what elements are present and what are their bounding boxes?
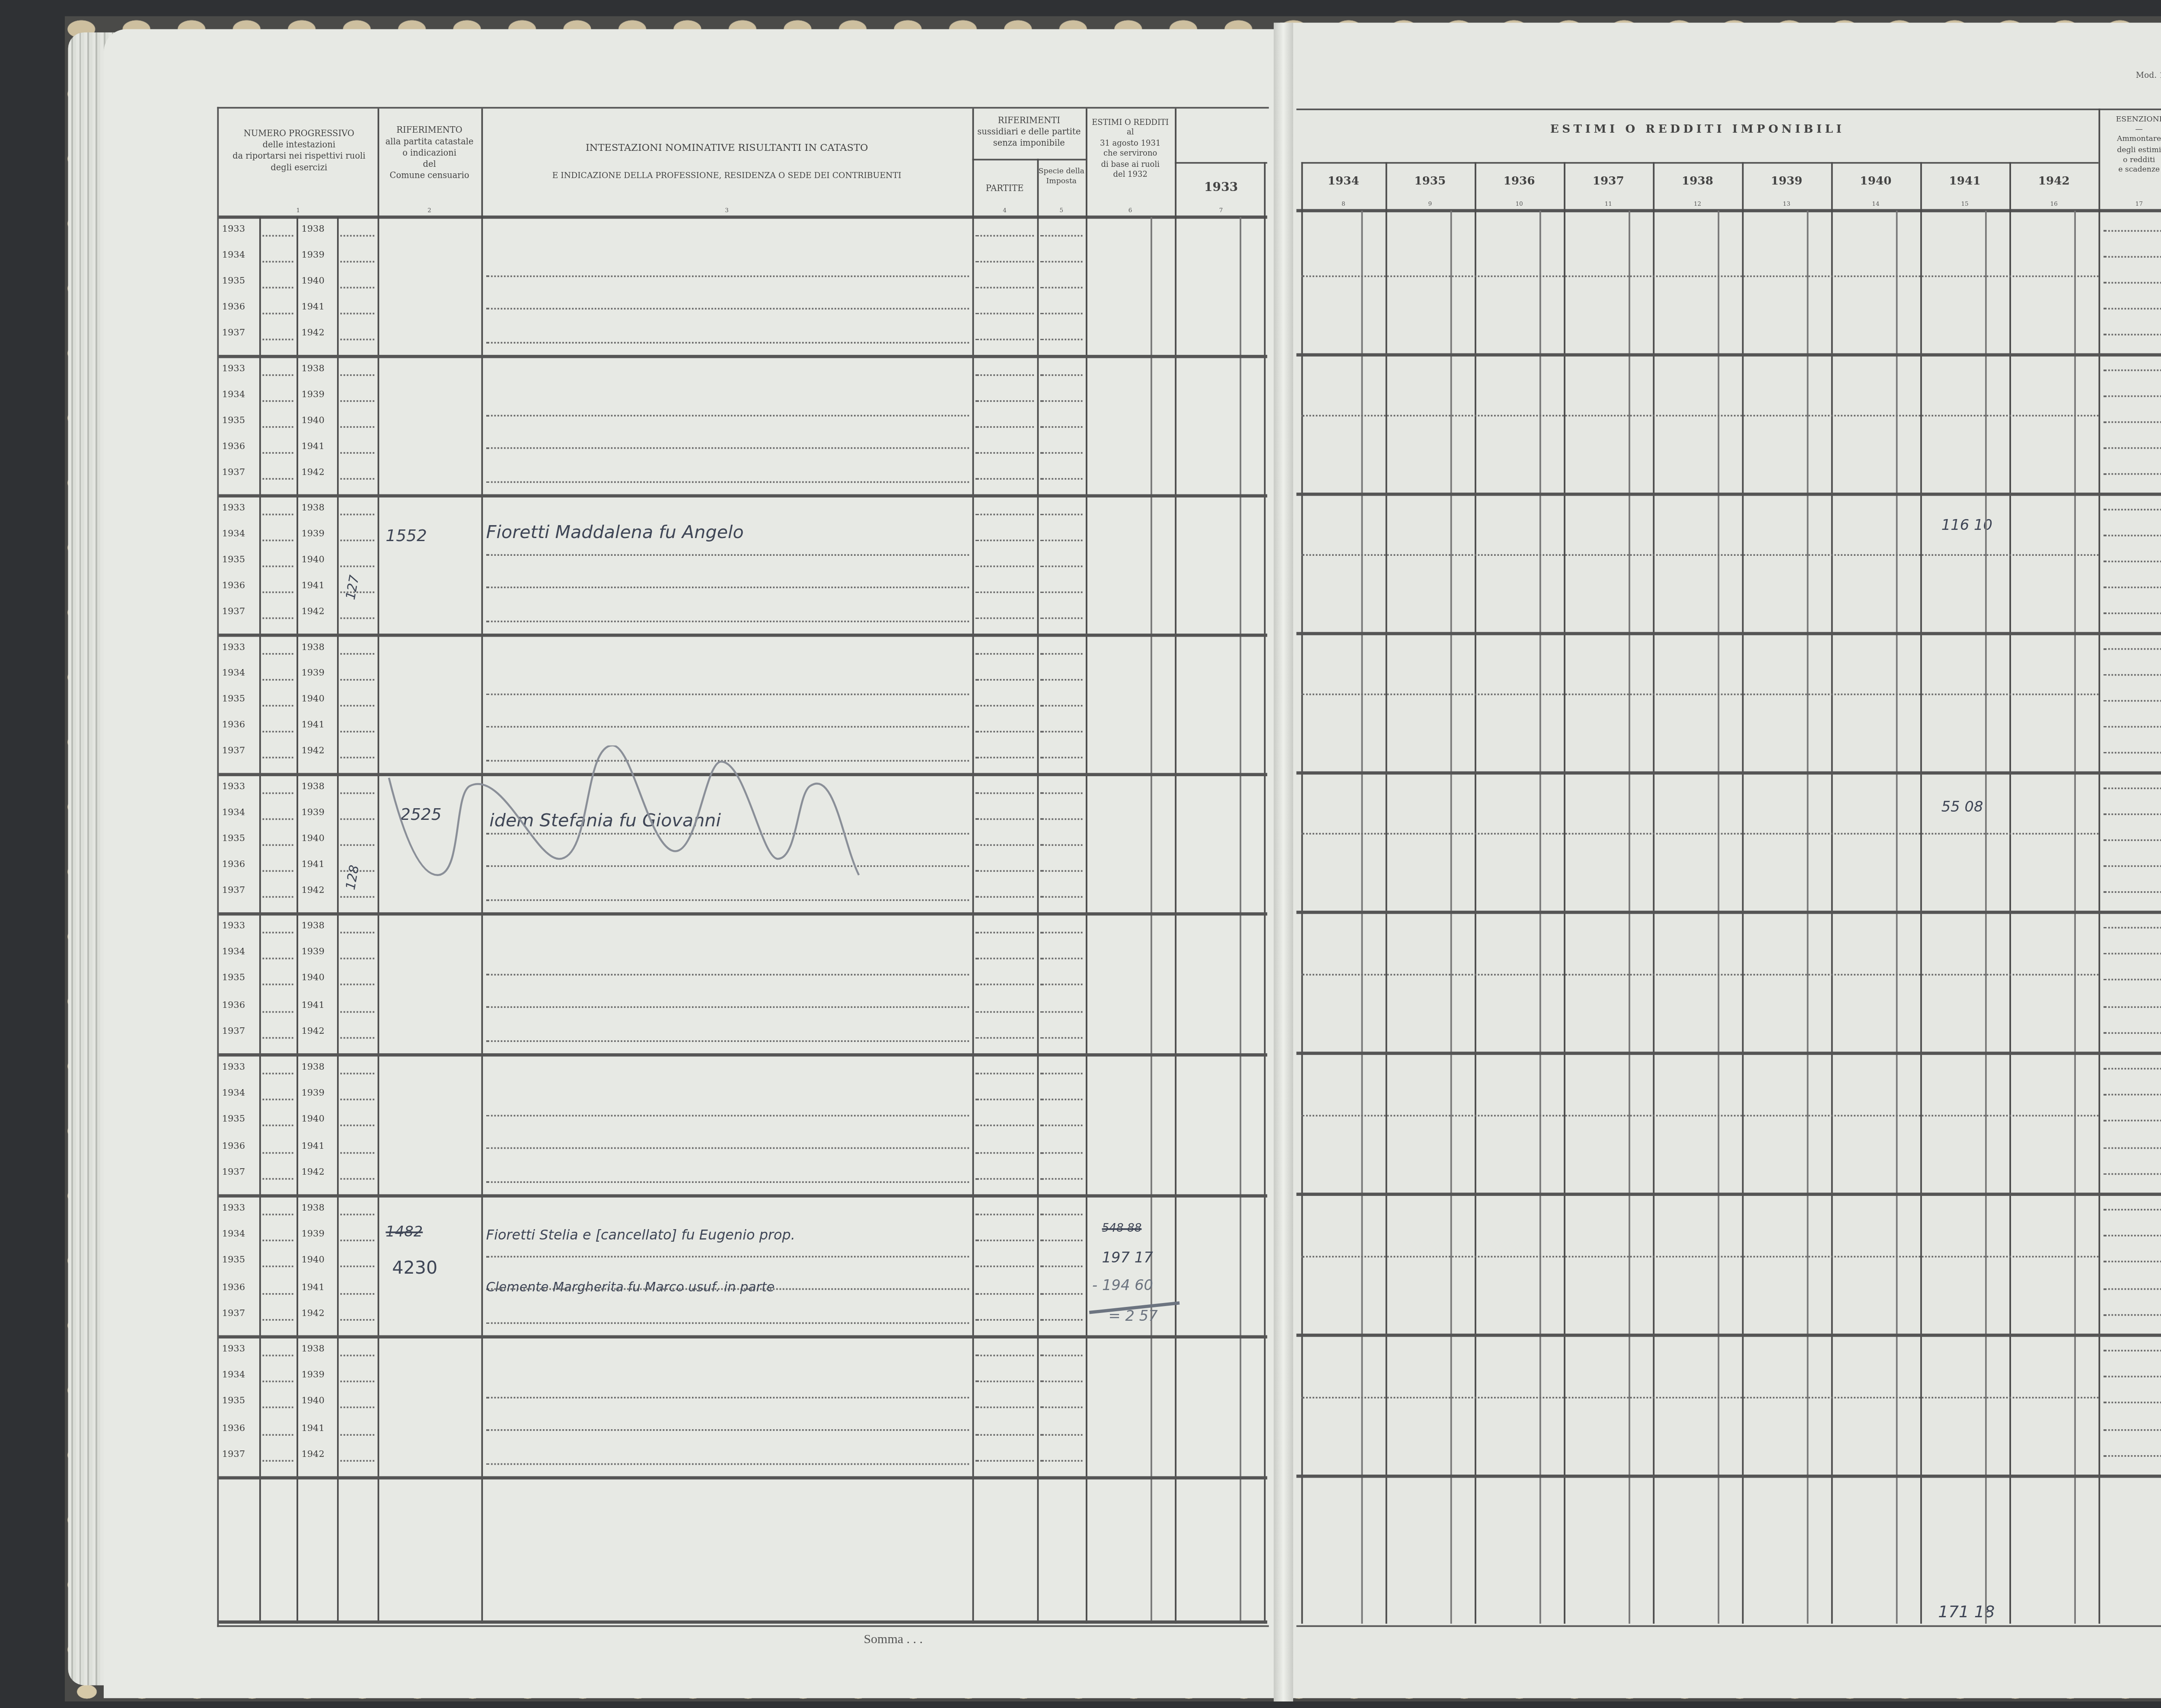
col-number: 9 [1386, 201, 1475, 207]
dotted-line [340, 313, 374, 315]
row-dotted-line [1301, 1255, 2099, 1257]
dotted-line [1040, 757, 1082, 758]
esenzioni-dotted-line [2104, 586, 2161, 588]
header-specie-imposta: Specie della Imposta [1037, 169, 1086, 188]
header-year-1933: 1933 [1175, 182, 1267, 193]
dotted-line [975, 1381, 1034, 1383]
dotted-line [340, 757, 374, 758]
dotted-line [1040, 1407, 1082, 1409]
dotted-line [1040, 540, 1082, 542]
dotted-line [1040, 1319, 1082, 1320]
dotted-line [262, 1407, 293, 1409]
col-number-4: 4 [972, 207, 1037, 214]
group-rule [1297, 771, 2161, 774]
esenzioni-dotted-line [2104, 1376, 2161, 1378]
dotted-line [262, 1240, 293, 1242]
dotted-line [262, 705, 293, 707]
dotted-line [975, 514, 1034, 516]
dotted-line [340, 818, 374, 820]
col-divider-cents [1151, 217, 1152, 1623]
name-dotted-line [486, 341, 969, 343]
cents-divider [1539, 210, 1541, 1623]
dotted-line [340, 1240, 374, 1242]
dotted-line [975, 592, 1034, 593]
dotted-line [262, 1381, 293, 1383]
dotted-line [340, 618, 374, 619]
esenzioni-dotted-line [2104, 334, 2161, 335]
dotted-line [262, 1354, 293, 1356]
year-label: 1942 [301, 329, 324, 338]
group-rule [1297, 911, 2161, 913]
group-rule [219, 1476, 1267, 1479]
year-label: 1939 [301, 1089, 324, 1099]
dotted-line [975, 540, 1034, 542]
header-estimi-1931: ESTIMI O REDDITIal31 agosto 1931che serv… [1086, 120, 1175, 182]
year-label: 1933 [222, 225, 245, 235]
col-number: 11 [1564, 201, 1653, 207]
dotted-line [975, 896, 1034, 898]
esenzioni-dotted-line [2104, 1147, 2161, 1148]
year-label: 1939 [301, 948, 324, 958]
row-dotted-line [1301, 415, 2099, 417]
dotted-line [975, 1151, 1034, 1153]
year-label: 1940 [301, 695, 324, 704]
dotted-line [340, 792, 374, 794]
dotted-line [340, 932, 374, 934]
year-label: 1939 [301, 1371, 324, 1381]
dotted-line [340, 653, 374, 655]
dotted-line [1040, 1073, 1082, 1074]
year-label: 1940 [301, 1256, 324, 1266]
esenzioni-dotted-line [2104, 839, 2161, 841]
dotted-line [975, 1407, 1034, 1409]
row-dotted-line [1301, 1114, 2099, 1116]
dotted-line [975, 653, 1034, 655]
dotted-line [1040, 844, 1082, 846]
dotted-line [1040, 339, 1082, 341]
name-dotted-line [486, 694, 969, 695]
header-intestazioni: INTESTAZIONI NOMINATIVE RISULTANTI IN CA… [481, 143, 972, 154]
esenzioni-dotted-line [2104, 421, 2161, 423]
dotted-line [262, 1099, 293, 1101]
name-dotted-line [486, 899, 969, 900]
name-dotted-line [486, 1463, 969, 1464]
year-label: 1942 [301, 1309, 324, 1319]
dotted-line [975, 235, 1034, 237]
year-label: 1933 [222, 644, 245, 653]
name-dotted-line [486, 1255, 969, 1257]
dotted-line [975, 984, 1034, 986]
esenzioni-dotted-line [2104, 1173, 2161, 1175]
dotted-line [1040, 792, 1082, 794]
dotted-line [975, 1125, 1034, 1127]
dotted-line [975, 1354, 1034, 1356]
dotted-line [1040, 478, 1082, 480]
name-dotted-line [486, 276, 969, 277]
dotted-line [1040, 731, 1082, 733]
dotted-line [1040, 896, 1082, 898]
name-dotted-line [486, 1147, 969, 1148]
dotted-line [340, 958, 374, 960]
col-number-5: 5 [1037, 207, 1086, 214]
year-label: 1933 [222, 1345, 245, 1354]
year-header: 1934 [1301, 175, 1386, 186]
dotted-line [340, 1151, 374, 1153]
dotted-line [975, 1214, 1034, 1215]
name-dotted-line [486, 726, 969, 727]
esenzioni-dotted-line [2104, 230, 2161, 232]
dotted-line [340, 287, 374, 289]
dotted-line [1040, 1354, 1082, 1356]
esenzioni-dotted-line [2104, 1094, 2161, 1096]
dotted-line [975, 932, 1034, 934]
dotted-line [1040, 514, 1082, 516]
dotted-line [340, 400, 374, 402]
dotted-line [340, 1381, 374, 1383]
year-label: 1938 [301, 644, 324, 653]
subcol-divider [337, 217, 339, 1623]
name-dotted-line [486, 1428, 969, 1430]
form-model-label: Mod. 111 - Imposte Dirette (Intercalare)… [2136, 71, 2161, 81]
col-number-3: 3 [481, 207, 972, 214]
year-label: 1939 [301, 1230, 324, 1240]
entry-name-line2: Clemente Margherita fu Marco usuf. in pa… [486, 1280, 775, 1295]
dotted-line [1040, 1266, 1082, 1268]
dotted-line [1040, 1125, 1082, 1127]
dotted-line [975, 287, 1034, 289]
esenzioni-dotted-line [2104, 1120, 2161, 1122]
dotted-line [1040, 400, 1082, 402]
esenzioni-dotted-line [2104, 1261, 2161, 1263]
col-divider [1301, 162, 1303, 1624]
dotted-line [1040, 592, 1082, 593]
subcol-divider [259, 217, 261, 1623]
entry-partita-crossed: 1482 [386, 1225, 423, 1241]
esenzioni-dotted-line [2104, 1209, 2161, 1211]
dotted-line [262, 958, 293, 960]
year-label: 1936 [222, 1142, 245, 1151]
esenzioni-dotted-line [2104, 674, 2161, 676]
dotted-line [1040, 679, 1082, 681]
name-dotted-line [486, 586, 969, 588]
year-label: 1940 [301, 1397, 324, 1407]
dotted-line [262, 514, 293, 516]
esenzioni-dotted-line [2104, 509, 2161, 510]
esenzioni-dotted-line [2104, 370, 2161, 371]
year-label: 1939 [301, 391, 324, 400]
dotted-line [1040, 705, 1082, 707]
dotted-line [975, 844, 1034, 846]
col-number: 16 [2009, 201, 2098, 207]
dotted-line [975, 705, 1034, 707]
col-divider-cents [1240, 217, 1241, 1623]
year-label: 1937 [222, 1450, 245, 1459]
riferimenti-split-rule [972, 159, 1086, 160]
dotted-line [262, 984, 293, 986]
dotted-line [262, 932, 293, 934]
dotted-line [975, 757, 1034, 758]
header-esenzioni: ESENZIONI—Ammontaredegli estimio redditi… [2098, 117, 2161, 177]
dotted-line [1040, 566, 1082, 567]
dotted-line [262, 1037, 293, 1039]
row-dotted-line [1301, 276, 2099, 277]
dotted-line [262, 1125, 293, 1127]
dotted-line [975, 618, 1034, 619]
col-number-17: 17 [2098, 201, 2161, 207]
year-label: 1938 [301, 922, 324, 931]
dotted-line [975, 261, 1034, 263]
esenzioni-dotted-line [2104, 1455, 2161, 1456]
year-label: 1936 [222, 582, 245, 591]
dotted-line [1040, 313, 1082, 315]
dotted-line [340, 261, 374, 263]
year-label: 1934 [222, 391, 245, 400]
esenzioni-dotted-line [2104, 447, 2161, 449]
cents-divider [1985, 210, 1987, 1623]
year-label: 1934 [222, 948, 245, 958]
year-label: 1934 [222, 251, 245, 261]
year-label: 1941 [301, 1001, 324, 1010]
col-divider [2098, 108, 2100, 1624]
group-rule [219, 912, 1267, 915]
dotted-line [262, 1151, 293, 1153]
dotted-line [340, 705, 374, 707]
dotted-line [975, 870, 1034, 872]
row-dotted-line [1301, 1396, 2099, 1398]
dotted-line [262, 426, 293, 428]
entry-partita: 4230 [392, 1258, 437, 1279]
year-label: 1942 [301, 608, 324, 617]
year-label: 1940 [301, 1115, 324, 1125]
dotted-line [340, 731, 374, 733]
estimi-result: = 2 57 [1109, 1310, 1158, 1326]
year-label: 1933 [222, 922, 245, 931]
dotted-line [975, 339, 1034, 341]
year-label: 1935 [222, 556, 245, 565]
col-number: 12 [1653, 201, 1742, 207]
group-rule [219, 355, 1267, 357]
year-label: 1936 [222, 721, 245, 730]
col-divider [1564, 162, 1565, 1624]
year-label: 1935 [222, 1397, 245, 1407]
dotted-line [262, 870, 293, 872]
year-label: 1934 [222, 1371, 245, 1381]
somma-label: Somma . . . [864, 1632, 923, 1647]
year-label: 1934 [222, 669, 245, 679]
col-divider [1920, 162, 1922, 1624]
dotted-line [262, 1292, 293, 1294]
year-label: 1942 [301, 1168, 324, 1178]
esenzioni-dotted-line [2104, 561, 2161, 562]
row-dotted-line [1301, 554, 2099, 556]
dotted-line [975, 400, 1034, 402]
header-intestazioni-sub: E INDICAZIONE DELLA PROFESSIONE, RESIDEN… [481, 172, 972, 183]
header-estimi-imponibili: ESTIMI O REDDITI IMPONIBILI [1297, 123, 2099, 134]
dotted-line [975, 958, 1034, 960]
dotted-line [1040, 618, 1082, 619]
row-dotted-line [1301, 973, 2099, 975]
dotted-line [1040, 653, 1082, 655]
dotted-line [1040, 1434, 1082, 1435]
year-label: 1936 [222, 1424, 245, 1433]
esenzioni-dotted-line [2104, 865, 2161, 867]
dotted-line [975, 1266, 1034, 1268]
year-label: 1933 [222, 1204, 245, 1214]
year-label: 1933 [222, 783, 245, 792]
dotted-line [975, 566, 1034, 567]
book-gutter [1274, 22, 1293, 1701]
year-label: 1934 [222, 1230, 245, 1240]
year-label: 1935 [222, 975, 245, 984]
year-header: 1942 [2009, 175, 2098, 186]
name-dotted-line [486, 1396, 969, 1398]
dotted-line [975, 1292, 1034, 1294]
dotted-line [262, 1459, 293, 1461]
dotted-line [975, 374, 1034, 376]
dotted-line [340, 1319, 374, 1320]
row-dotted-line [1301, 833, 2099, 835]
year-label: 1940 [301, 556, 324, 565]
dotted-line [262, 1010, 293, 1012]
dotted-line [1040, 1240, 1082, 1242]
year-label: 1938 [301, 225, 324, 235]
dotted-line [340, 514, 374, 516]
esenzioni-dotted-line [2104, 813, 2161, 815]
year-label: 1940 [301, 975, 324, 984]
entry-name-line1: Fioretti Stelia e [cancellato] fu Eugeni… [486, 1228, 795, 1244]
dotted-line [1040, 1292, 1082, 1294]
esenzioni-dotted-line [2104, 1428, 2161, 1430]
left-header-rule [219, 216, 1267, 218]
year-label: 1940 [301, 417, 324, 426]
group-rule [219, 1335, 1267, 1338]
dotted-line [340, 1037, 374, 1039]
year-label: 1940 [301, 835, 324, 844]
esenzioni-dotted-line [2104, 1314, 2161, 1316]
col7-split-rule [1175, 162, 1267, 164]
esenzioni-dotted-line [2104, 648, 2161, 650]
cents-divider [1450, 210, 1452, 1623]
group-rule [219, 1053, 1267, 1056]
dotted-line [340, 478, 374, 480]
dotted-line [262, 566, 293, 567]
year-label: 1937 [222, 468, 245, 478]
dotted-line [340, 452, 374, 454]
estimi-subtract: - 194 60 [1092, 1278, 1153, 1294]
dotted-line [340, 984, 374, 986]
dotted-line [975, 1434, 1034, 1435]
year-label: 1936 [222, 443, 245, 452]
name-dotted-line [486, 1006, 969, 1007]
esenzioni-dotted-line [2104, 308, 2161, 309]
year-label: 1934 [222, 809, 245, 818]
dotted-line [1040, 958, 1082, 960]
dotted-line [340, 374, 374, 376]
year-label: 1937 [222, 1309, 245, 1319]
dotted-line [262, 757, 293, 758]
dotted-line [262, 400, 293, 402]
dotted-line [1040, 426, 1082, 428]
year-label: 1942 [301, 747, 324, 756]
dotted-line [340, 1073, 374, 1074]
col-number-6: 6 [1086, 207, 1175, 214]
cents-divider [1718, 210, 1719, 1623]
year-label: 1941 [301, 1283, 324, 1292]
year-label: 1934 [222, 530, 245, 539]
year-label: 1937 [222, 329, 245, 338]
year-label: 1937 [222, 1027, 245, 1036]
year-label: 1937 [222, 608, 245, 617]
esenzioni-dotted-line [2104, 256, 2161, 258]
dotted-line [975, 792, 1034, 794]
year-label: 1936 [222, 303, 245, 312]
year-header: 1937 [1564, 175, 1653, 186]
esenzioni-dotted-line [2104, 1235, 2161, 1237]
dotted-line [262, 844, 293, 846]
dotted-line [975, 679, 1034, 681]
dotted-line [975, 1010, 1034, 1012]
dotted-line [340, 1459, 374, 1461]
esenzioni-dotted-line [2104, 752, 2161, 754]
year-label: 1935 [222, 417, 245, 426]
esenzioni-dotted-line [2104, 927, 2161, 929]
col-number-2: 2 [378, 207, 481, 214]
col-divider [1475, 162, 1476, 1624]
dotted-line [262, 592, 293, 593]
group-rule [1297, 1334, 2161, 1336]
year-label: 1937 [222, 886, 245, 896]
year-header: 1936 [1475, 175, 1564, 186]
dotted-line [1040, 1037, 1082, 1039]
dotted-line [262, 478, 293, 480]
dotted-line [975, 1319, 1034, 1320]
ledger-scan: Mod. 111 - Imposte Dirette (Intercalare)… [0, 0, 2161, 1708]
dotted-line [1040, 1214, 1082, 1215]
cancellation-squiggle [373, 746, 956, 891]
year-label: 1941 [301, 443, 324, 452]
esenzioni-dotted-line [2104, 473, 2161, 475]
year-header: 1941 [1920, 175, 2009, 186]
dotted-line [1040, 1178, 1082, 1179]
esenzioni-dotted-line [2104, 726, 2161, 728]
group-rule [1297, 493, 2161, 495]
cents-divider [1896, 210, 1898, 1623]
year-label: 1935 [222, 835, 245, 844]
dotted-line [1040, 1381, 1082, 1383]
dotted-line [262, 896, 293, 898]
esenzioni-dotted-line [2104, 1350, 2161, 1351]
col-number-1: 1 [219, 207, 377, 214]
dotted-line [1040, 1010, 1082, 1012]
name-dotted-line [486, 973, 969, 975]
table-bottom-rule [219, 1620, 1267, 1623]
col-divider [2009, 162, 2011, 1624]
dotted-line [340, 566, 374, 567]
dotted-line [262, 374, 293, 376]
cents-divider [1361, 210, 1363, 1623]
col-number: 8 [1301, 201, 1386, 207]
year-label: 1937 [222, 747, 245, 756]
estimi-value: 197 17 [1102, 1251, 1153, 1267]
subcol-divider [296, 217, 298, 1623]
dotted-line [1040, 1151, 1082, 1153]
header-riferimenti: RIFERIMENTIsussidiari e delle partitesen… [972, 117, 1086, 151]
dotted-line [975, 1099, 1034, 1101]
esenzioni-dotted-line [2104, 700, 2161, 702]
dotted-line [262, 818, 293, 820]
dotted-line [262, 339, 293, 341]
dotted-line [262, 540, 293, 542]
